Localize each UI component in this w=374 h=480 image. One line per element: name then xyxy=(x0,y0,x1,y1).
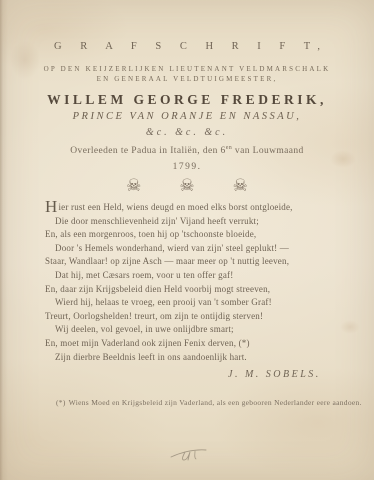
poem-line: Door 's Hemels wonderhand, wierd van zij… xyxy=(45,242,293,256)
poem-line: Treurt, Oorlogshelden! treurt, om zijn t… xyxy=(45,310,293,324)
footnote: (*)Wiens Moed en Krijgsbeleid zijn Vader… xyxy=(56,398,363,409)
skull-ornament-row: ☠☠☠ xyxy=(0,176,374,196)
document-title: G R A F S C H R I F T, xyxy=(0,41,374,52)
author-signature: J. M. SOBELS. xyxy=(228,369,321,380)
footnote-text: Wiens Moed en Krijgsbeleid zijn Vaderlan… xyxy=(69,398,362,407)
poem-line: Wij deelen, vol gevoel, in uwe onlijdbre… xyxy=(45,323,293,337)
princely-title: PRINCE VAN ORANJE EN NASSAU, xyxy=(0,111,374,122)
epitaph-poem: Hier rust een Held, wiens deugd en moed … xyxy=(45,201,293,364)
skull-and-crossbones-icon: ☠ xyxy=(179,176,232,196)
poem-line: En, daar zijn Krijgsbeleid dien Held voo… xyxy=(45,283,293,297)
deceased-name: WILLEM GEORGE FREDERIK, xyxy=(0,92,374,108)
poem-line: Hier rust een Held, wiens deugd en moed … xyxy=(45,201,293,215)
poem-line: Dat hij, met Cæsars roem, voor u ten off… xyxy=(45,269,293,283)
poem-line: Zijn dierbre Beeldnis leeft in ons aando… xyxy=(45,351,293,365)
poem-line: Die door menschlievenheid zijn' Vijand h… xyxy=(45,215,293,229)
etcetera-line: &c. &c. &c. xyxy=(0,127,374,138)
death-notice-suffix: van Louwmaand xyxy=(232,146,304,156)
skull-and-crossbones-icon: ☠ xyxy=(126,176,179,196)
death-notice-line: Overleeden te Padua in Italiën, den 6en … xyxy=(0,145,374,156)
death-notice-prefix: Overleeden te Padua in Italiën, den 6 xyxy=(70,146,225,156)
death-year: 1799. xyxy=(0,162,374,172)
poem-line-text: ier rust een Held, wiens deugd en moed e… xyxy=(58,202,292,212)
poem-line: En, als een morgenroos, toen hij op 'tsc… xyxy=(45,228,293,242)
skull-and-crossbones-icon: ☠ xyxy=(233,176,286,196)
poem-line: En, moet mijn Vaderland ook zijnen Fenix… xyxy=(45,337,293,351)
footnote-marker: (*) xyxy=(56,398,66,407)
subtitle-line-2: EN GENERAAL VELDTUIGMEESTER, xyxy=(0,74,374,84)
drop-cap-initial: H xyxy=(45,202,57,212)
subtitle-line-1: OP DEN KEIJZERLIJKEN LIEUTENANT VELDMARS… xyxy=(0,64,374,74)
document-subtitle: OP DEN KEIJZERLIJKEN LIEUTENANT VELDMARS… xyxy=(0,64,374,84)
pencil-mark-handwritten xyxy=(168,444,210,468)
poem-line: Wierd hij, helaas te vroeg, een prooij v… xyxy=(45,296,293,310)
epitaph-document: G R A F S C H R I F T, OP DEN KEIJZERLIJ… xyxy=(0,0,374,480)
poem-line: Staar, Wandlaar! op zijne Asch — maar me… xyxy=(45,255,293,269)
